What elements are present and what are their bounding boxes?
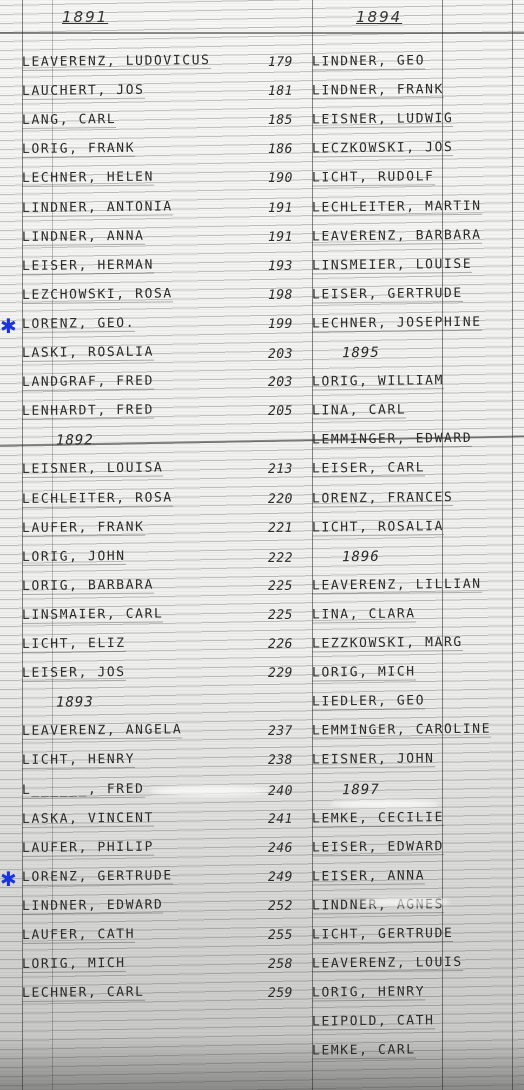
entry-number: 222 xyxy=(268,547,312,569)
entry-name: LIEDLER, GEO xyxy=(312,694,425,711)
ledger-entry: LORENZ, GEO. xyxy=(22,313,135,336)
entry-number: 186 xyxy=(268,139,312,161)
entry-number: 241 xyxy=(268,808,312,830)
ledger-entry: LAUFER, CATH xyxy=(22,924,135,947)
entry-name: LEAVERENZ, ANGELA xyxy=(22,723,182,741)
entry-name: LORIG, JOHN xyxy=(22,549,126,566)
ledger-entry: LASKI, ROSALIA xyxy=(22,342,154,365)
year-label: 1896 xyxy=(342,549,380,565)
entry-number: 240 xyxy=(268,780,312,802)
ledger-entry: 191LEAVERENZ, BARBARA xyxy=(268,224,482,248)
ledger-entry: 255LICHT, GERTRUDE xyxy=(268,923,454,947)
entry-number: 185 xyxy=(268,110,312,132)
entry-name: LASKA, VINCENT xyxy=(22,810,154,827)
ledger-entry: LORENZ, GERTRUDE xyxy=(22,865,173,889)
entry-name: LEMMINGER, CAROLINE xyxy=(312,722,491,740)
ledger-entry: LANDGRAF, FRED xyxy=(22,371,154,394)
entry-name: LEIPOLD, CATH xyxy=(312,1014,435,1031)
entry-name: LEMKE, CECILIE xyxy=(312,810,444,827)
ledger-entry: LEISER, JOS xyxy=(22,662,126,685)
ledger-entry: LAUCHERT, JOS xyxy=(22,80,145,103)
ledger-entry: L______, FRED xyxy=(22,778,145,801)
ledger-entry: 225LEAVERENZ, LILLIAN xyxy=(268,574,482,598)
ledger-entry: LORIG, FRANK xyxy=(22,138,135,161)
column-rule xyxy=(512,0,513,1090)
entry-number: 252 xyxy=(268,895,312,917)
ledger-entry: 190LICHT, RUDOLF xyxy=(268,167,435,191)
entry-name: LORIG, HENRY xyxy=(312,985,425,1002)
entry-name: LINA, CARL xyxy=(312,403,406,420)
entry-name: LECHNER, CARL xyxy=(22,985,145,1002)
entry-name: LEAVERENZ, LOUIS xyxy=(312,955,463,973)
scan-smudge xyxy=(330,800,440,808)
ledger-entry: 203LORIG, WILLIAM xyxy=(268,370,444,394)
entry-name: LAUFER, PHILIP xyxy=(22,839,154,856)
entry-name: LORIG, MICH xyxy=(312,665,416,682)
ledger-entry: LEAVERENZ, ANGELA xyxy=(22,720,182,744)
year-marker: 2221896 xyxy=(268,546,380,569)
ledger-entry: LAUFER, PHILIP xyxy=(22,836,154,859)
entry-name: LEMKE, CARL xyxy=(312,1043,416,1060)
entry-name: LORIG, MICH xyxy=(22,956,126,973)
entry-number: 190 xyxy=(268,168,312,190)
entry-name: L______, FRED xyxy=(22,781,145,798)
entry-name: LINDNER, GEO xyxy=(312,53,425,70)
ledger-entry: LECHLEITER, ROSA xyxy=(22,487,173,511)
entry-name: LORIG, BARBARA xyxy=(22,577,154,594)
entry-name: LEISER, ANNA xyxy=(312,868,425,885)
ledger-entry: 205LINA, CARL xyxy=(268,400,407,423)
entry-name: LEISNER, JOHN xyxy=(312,752,435,769)
ledger-entry: LENHARDT, FRED xyxy=(22,400,154,423)
header-rule xyxy=(0,32,524,34)
entry-name: LINSMEIER, LOUISE xyxy=(312,257,472,275)
entry-name: LANG, CARL xyxy=(22,112,116,129)
ledger-entry: 193LINSMEIER, LOUISE xyxy=(268,254,472,278)
ledger-entry: 241LEMKE, CECILIE xyxy=(268,807,444,831)
entry-name: LEISNER, LOUISA xyxy=(22,461,164,478)
star-marker-icon: ✱ xyxy=(0,869,17,889)
entry-number: 258 xyxy=(268,954,312,976)
ledger-entry: 246LEISER, EDWARD xyxy=(268,836,444,860)
ledger-entry: 220LORENZ, FRANCES xyxy=(268,487,454,511)
year-marker: 2031895 xyxy=(268,342,380,365)
entry-name: LECHNER, JOSEPHINE xyxy=(312,315,482,333)
entry-name: LEISER, HERMAN xyxy=(22,257,154,274)
entry-number: 191 xyxy=(268,226,312,248)
ledger-entry: LECHNER, CARL xyxy=(22,982,145,1005)
entry-number: 203 xyxy=(268,344,312,366)
entry-name: LICHT, RUDOLF xyxy=(312,170,435,187)
ledger-entry: LIEDLER, GEO xyxy=(268,691,425,715)
year-label: 1897 xyxy=(342,781,380,797)
year-marker: 1893 xyxy=(22,691,94,714)
entry-number: 249 xyxy=(268,866,312,888)
ledger-entry: LINDNER, ANTONIA xyxy=(22,196,173,220)
entry-name: LINA, CLARA xyxy=(312,606,416,623)
entry-name: LEISER, JOS xyxy=(22,665,126,682)
entry-name: LENHARDT, FRED xyxy=(22,403,154,420)
left-column-header: 1891 xyxy=(62,8,108,26)
ledger-entry: 198LEISER, GERTRUDE xyxy=(268,283,463,307)
ledger-entry: 237LEMMINGER, CAROLINE xyxy=(268,719,491,743)
year-marker: 1892 xyxy=(22,430,94,453)
entry-name: LEISER, CARL xyxy=(312,461,425,478)
entry-number: 221 xyxy=(268,517,312,539)
entry-name: LORENZ, FRANCES xyxy=(312,490,454,507)
entry-name: LEMMINGER, EDWARD xyxy=(312,431,472,449)
entry-name: LASKI, ROSALIA xyxy=(22,345,154,362)
entry-number: 181 xyxy=(268,81,312,103)
scan-smudge xyxy=(150,786,270,796)
ledger-entry: 185LEISNER, LUDWIG xyxy=(268,108,454,132)
ledger-entry: 238LEISNER, JOHN xyxy=(268,749,435,773)
entry-number: 225 xyxy=(268,575,312,597)
entry-name: LORIG, FRANK xyxy=(22,141,135,158)
entry-name: LEZZKOWSKI, MARG xyxy=(312,635,463,653)
ledger-entry: LANG, CARL xyxy=(22,109,117,132)
ledger-entry: LEISNER, LOUISA xyxy=(22,458,164,481)
entry-number: 203 xyxy=(268,372,312,394)
entry-number: 198 xyxy=(268,284,312,306)
entry-name: LAUFER, FRANK xyxy=(22,519,145,536)
ledger-entry: LEISER, HERMAN xyxy=(22,254,154,277)
entry-number: 191 xyxy=(268,197,312,219)
ledger-entry: LINDNER, ANNA xyxy=(22,225,145,248)
ledger-entry: LASKA, VINCENT xyxy=(22,807,154,830)
entry-number: 205 xyxy=(268,401,312,423)
entry-name: LEAVERENZ, BARBARA xyxy=(312,227,482,245)
year-label: 1895 xyxy=(342,345,380,361)
ledger-entry: 186LECZKOWSKI, JOS xyxy=(268,137,454,161)
ledger-entry: LEIPOLD, CATH xyxy=(268,1011,435,1035)
entry-number: 255 xyxy=(268,925,312,947)
entry-name: LICHT, ROSALIA xyxy=(312,519,444,536)
entry-name: LINDNER, EDWARD xyxy=(22,897,164,914)
entry-name: LECHNER, HELEN xyxy=(22,170,154,187)
entry-name: LEZCHOWSKI, ROSA xyxy=(22,286,173,304)
entry-number: 213 xyxy=(268,459,312,481)
ledger-page: 1891 1894 LEAVERENZ, LUDOVICUSLAUCHERT, … xyxy=(0,0,524,1090)
entry-name: LANDGRAF, FRED xyxy=(22,374,154,391)
ledger-entry: LEAVERENZ, LUDOVICUS xyxy=(22,50,211,74)
ledger-entry: 181LINDNER, FRANK xyxy=(268,79,444,103)
ledger-entry: LEMKE, CARL xyxy=(268,1040,416,1064)
right-column-header: 1894 xyxy=(356,8,402,26)
entry-number: 226 xyxy=(268,634,312,656)
entry-name: LICHT, GERTRUDE xyxy=(312,926,454,943)
entry-name: LEAVERENZ, LILLIAN xyxy=(312,577,482,595)
ledger-entry: LORIG, BARBARA xyxy=(22,574,154,597)
entry-number: 246 xyxy=(268,837,312,859)
year-label: 1893 xyxy=(56,694,94,710)
ledger-entry: LEMMINGER, EDWARD xyxy=(268,428,472,452)
entry-number: 238 xyxy=(268,750,312,772)
entry-name: LECHLEITER, MARTIN xyxy=(312,198,482,216)
entry-name: LORENZ, GERTRUDE xyxy=(22,868,173,886)
ledger-entry: LECHNER, HELEN xyxy=(22,167,154,190)
entry-number: 237 xyxy=(268,721,312,743)
ledger-entry: LORIG, JOHN xyxy=(22,546,126,569)
ledger-entry: 249LEISER, ANNA xyxy=(268,865,425,889)
entry-name: LORENZ, GEO. xyxy=(22,316,135,333)
entry-name: LEISER, GERTRUDE xyxy=(312,286,463,304)
entry-name: LINDNER, ANTONIA xyxy=(22,199,173,217)
ledger-entry: 191LECHLEITER, MARTIN xyxy=(268,195,482,219)
ledger-entry: LINDNER, EDWARD xyxy=(22,894,164,917)
entry-number: 229 xyxy=(268,663,312,685)
ledger-entry: 229LORIG, MICH xyxy=(268,662,416,686)
entry-name: LICHT, ELIZ xyxy=(22,636,126,653)
ledger-entry: 179LINDNER, GEO xyxy=(268,50,425,74)
ledger-entry: 199LECHNER, JOSEPHINE xyxy=(268,312,482,336)
year-marker: 2401897 xyxy=(268,778,380,801)
ledger-entry: LINSMAIER, CARL xyxy=(22,603,164,626)
entry-number: 199 xyxy=(268,313,312,335)
star-marker-icon: ✱ xyxy=(0,316,17,336)
ledger-entry: 225LINA, CLARA xyxy=(268,603,416,627)
entry-number: 225 xyxy=(268,604,312,626)
entry-name: LAUCHERT, JOS xyxy=(22,83,145,100)
entry-name: LEAVERENZ, LUDOVICUS xyxy=(22,53,211,71)
ledger-entry: 259LORIG, HENRY xyxy=(268,982,425,1006)
ledger-entry: LICHT, HENRY xyxy=(22,749,135,772)
year-label: 1892 xyxy=(56,433,94,449)
entry-name: LEISNER, LUDWIG xyxy=(312,111,454,128)
entry-name: LINSMAIER, CARL xyxy=(22,606,164,623)
entry-name: LECZKOWSKI, JOS xyxy=(312,140,454,157)
entry-number: 193 xyxy=(268,255,312,277)
entry-name: LORIG, WILLIAM xyxy=(312,373,444,390)
entry-name: LINDNER, ANNA xyxy=(22,228,145,245)
entry-name: LINDNER, FRANK xyxy=(312,82,444,99)
entry-name: LICHT, HENRY xyxy=(22,752,135,769)
ledger-entry: 226LEZZKOWSKI, MARG xyxy=(268,632,463,656)
entry-number: 179 xyxy=(268,52,312,74)
entry-name: LEISER, EDWARD xyxy=(312,839,444,856)
entry-name: LAUFER, CATH xyxy=(22,927,135,944)
ledger-entry: 213LEISER, CARL xyxy=(268,458,425,482)
ledger-entry: 221LICHT, ROSALIA xyxy=(268,516,444,540)
ledger-entry: LORIG, MICH xyxy=(22,953,126,976)
ledger-entry: 258LEAVERENZ, LOUIS xyxy=(268,952,463,976)
entry-number: 220 xyxy=(268,488,312,510)
ledger-entry: LEZCHOWSKI, ROSA xyxy=(22,283,173,307)
entry-name: LECHLEITER, ROSA xyxy=(22,490,173,508)
entry-number: 259 xyxy=(268,983,312,1005)
ledger-entry: LICHT, ELIZ xyxy=(22,633,126,656)
ledger-entry: LAUFER, FRANK xyxy=(22,516,145,539)
scan-smudge xyxy=(360,898,450,906)
